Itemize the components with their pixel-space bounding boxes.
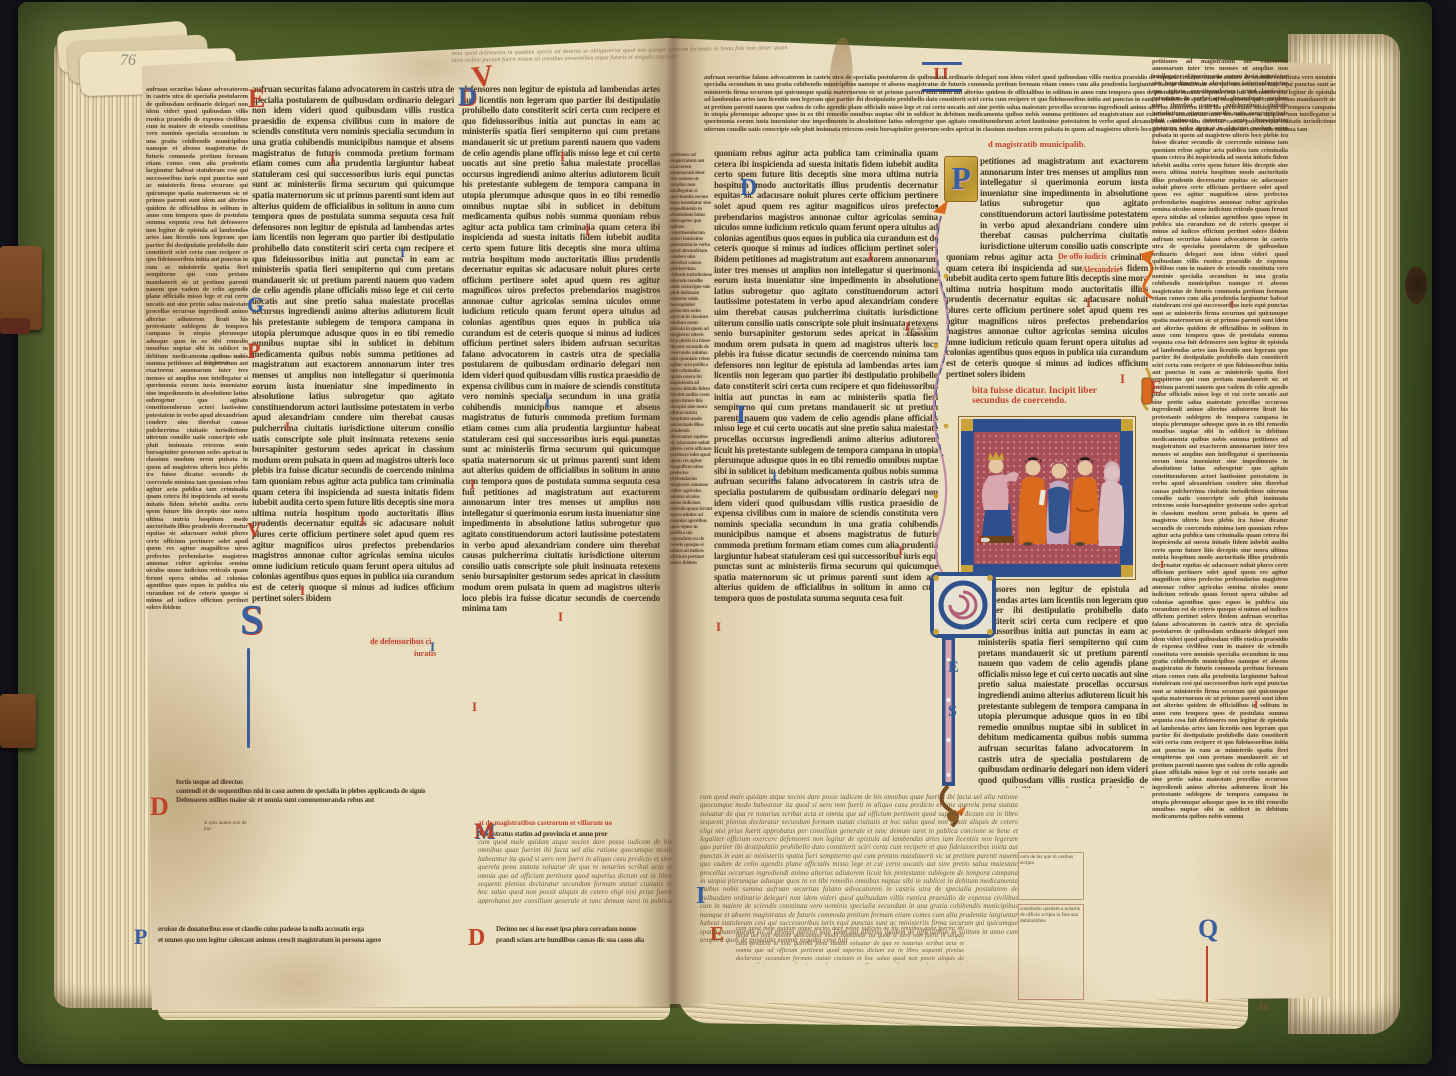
manuscript-photo: 76 40 V II nota quod defensores in quada… — [0, 0, 1456, 1076]
initial-stem-1: E — [948, 660, 959, 676]
leather-tab-lower — [0, 694, 36, 748]
capitulum-mark: I — [300, 584, 305, 597]
incipit-line: secundus de coercendo. — [972, 396, 1150, 406]
vine-dragon-head — [933, 200, 948, 214]
initial-P1: P — [247, 340, 260, 362]
gloss-text: aufruan securitas falano advocatorem in … — [1152, 613, 1288, 724]
capitulum-mark: I — [1120, 372, 1125, 385]
body-text: aufruan securitas falano advocatorem in … — [714, 476, 938, 603]
body-text: aufruan securitas falano advocatorem in … — [462, 338, 660, 496]
initial-Q-tail — [1206, 946, 1208, 1002]
body-text: defensores non legitur de epistula ad la… — [252, 222, 454, 359]
note-line: et omnes quo non legitur calescant animu… — [158, 935, 460, 946]
margin-note-boxed-1: nota de his que in casibus scripta — [1018, 852, 1084, 900]
left-margin-gloss-column: aufruan securitas falano advocatorem in … — [146, 86, 248, 728]
body-text: aufruan securitas falano advocatorem in … — [252, 84, 454, 221]
initial-stem-2: S — [948, 704, 957, 720]
note-line: contendi et de sequentibus nisi in casu … — [176, 787, 622, 796]
folio-number-right: 40 — [1258, 1001, 1269, 1013]
left-inline-rubric-1: de defensoribus ci — [370, 637, 431, 646]
gloss-text: defensores non legitur de epistula ad la… — [1152, 717, 1288, 820]
capitulum-mark: I — [1230, 300, 1234, 311]
right-bottom-commentary: cum quod male quidam atque socios dare p… — [700, 794, 1018, 956]
left-bottom-commentary: at de magistratibus castrorum et villaru… — [478, 812, 672, 904]
right-inline-rubric-2: Alexandrie — [1082, 265, 1120, 274]
vine-border — [928, 196, 954, 576]
note-line: Decimo nec si ius esset ipsa plura corra… — [496, 924, 704, 935]
capitulum-mark: I — [472, 700, 477, 713]
capitulum-mark: I — [585, 224, 590, 237]
gloss-text: quoniam rebus agitur acta publica tam cr… — [1152, 147, 1288, 235]
left-column-2: defensores non legitur de epistula ad la… — [462, 84, 660, 760]
margin-note-1: ut sup de iure bona fide pecunia — [204, 354, 250, 388]
body-text: quoniam rebus agitur acta publica tam cr… — [252, 476, 454, 603]
leather-tab-upper-shadow — [0, 318, 30, 334]
initial-E1: E — [248, 86, 265, 112]
capitulum-mark: I — [285, 420, 290, 433]
note-line: prandi sciam arte humilibus causas dic s… — [496, 935, 704, 946]
gloss-text: quoniam rebus agitur acta publica tam cr… — [1152, 525, 1288, 621]
right-top-annotation: vna secundi — [1150, 32, 1310, 48]
bottom-note-left: eruisse de donatoribus esse et claudio c… — [158, 924, 460, 950]
body-text: defensores non legitur de epistula ad la… — [714, 360, 938, 476]
initial-S-big: S — [240, 600, 263, 642]
cover-notch — [1405, 266, 1427, 304]
right-column-2a: petitiones ad magistratum aut exactorem … — [980, 156, 1148, 250]
illuminated-initial-P — [926, 570, 1000, 828]
initial-bottom-I: I — [696, 884, 705, 908]
bottom-note-mid: Decimo nec si ius esset ipsa plura corra… — [496, 924, 704, 950]
gloss-text: quoniam rebus agitur acta publica tam cr… — [670, 356, 712, 566]
capitulum-mark: I — [558, 610, 563, 623]
capitulum-mark: I — [1254, 700, 1258, 711]
right-margin-gloss-column: petitiones ad magistratum aut exactorem … — [1152, 58, 1288, 960]
capitulum-mark: I — [716, 620, 721, 633]
note-line: eruisse de donatoribus esse et claudio c… — [158, 924, 460, 935]
initial-I1: I — [736, 402, 746, 428]
capitulum-mark: I — [1160, 560, 1164, 571]
initial-note-P: P — [134, 926, 147, 948]
commentary-text: aufruan securitas falano advocatorem in … — [700, 886, 1018, 943]
gloss-text: defensores non legitur de epistula ad la… — [146, 219, 248, 367]
body-text: quoniam rebus agitur acta publica tam cr… — [462, 211, 660, 348]
commentary-text: defensores non legitur de epistula ad la… — [700, 836, 1018, 893]
right-inline-rubric-1: De offo iudicis — [1058, 252, 1107, 261]
chapter-heading: d magistratib municipalib. — [988, 139, 1146, 149]
initial-D2: D — [740, 176, 757, 200]
initial-D1: D — [458, 84, 477, 110]
capitulum-mark: I — [898, 544, 903, 557]
initial-Q: Q — [1198, 916, 1218, 942]
body-text: aufruan securitas falano advocatorem in … — [978, 743, 1148, 788]
capitulum-mark: I — [330, 152, 335, 165]
right-column-1: quoniam rebus agitur acta publica tam cr… — [714, 148, 938, 792]
initial-magistratus-M: M — [474, 820, 495, 842]
initial-S-tail — [247, 648, 250, 748]
capitulum-mark: I — [868, 250, 873, 263]
initial-U1: V — [247, 520, 261, 540]
body-text: petitiones ad magistratum aut exactorem … — [462, 487, 660, 614]
miniature — [958, 416, 1136, 580]
capitulum-mark: I — [905, 320, 910, 333]
gloss-text: petitiones ad magistratum aut exactorem … — [670, 152, 712, 362]
body-text: petitiones ad magistratum aut exactorem … — [714, 254, 938, 359]
note-line: Defensores milites maior sic et omnia su… — [176, 796, 622, 805]
gloss-text: aufruan securitas falano advocatorem in … — [1152, 236, 1288, 347]
initial-note-D2: D — [468, 926, 485, 950]
margin-note-boxed-2: constitutio quedam a notariis de officio… — [1018, 904, 1084, 1000]
gloss-text: petitiones ad magistratum aut exactorem … — [1152, 58, 1288, 146]
gloss-text: defensores non legitur de epistula ad la… — [1152, 339, 1288, 442]
initial-defensores-D: D — [150, 794, 169, 820]
capitulum-mark: I — [430, 640, 435, 653]
capitulum-mark: I — [772, 470, 777, 483]
initial-G1: G — [247, 294, 264, 316]
incipit-rubric: bita fuisse dicatur. Incipit liber secun… — [972, 386, 1150, 414]
right-gutter-gloss: petitiones ad magistratum aut exactorem … — [670, 152, 712, 712]
commentary-text: cum quod male quidam atque socios dare p… — [478, 839, 672, 904]
magistratus-rubric: at de magistratibus castrorum et villaru… — [478, 819, 612, 827]
capitulum-mark: I — [470, 478, 475, 491]
initial-margin-E: E — [1150, 378, 1162, 396]
right-column-2c: defensores non legitur de epistula ad la… — [978, 584, 1148, 788]
magistratus-line: Magistratus statim ad provincia et anno … — [478, 830, 672, 839]
gloss-text: aufruan securitas falano advocatorem in … — [146, 86, 248, 226]
gloss-text: petitiones ad magistratum aut exactorem … — [1152, 436, 1288, 532]
capitulum-mark: I — [360, 514, 365, 527]
body-text: petitiones ad magistratum aut exactorem … — [980, 156, 1148, 250]
folio-number-left: 76 — [120, 52, 136, 70]
margin-note-3: et pecunia medil — [618, 438, 660, 466]
ornate-initial-petitiones: P — [944, 156, 978, 202]
note-line: fortis usque ad directos — [176, 778, 622, 787]
body-text: petitiones ad magistratum aut exactorem … — [252, 349, 454, 486]
gloss-text: quoniam rebus agitur acta publica tam cr… — [146, 479, 248, 612]
body-text: defensores non legitur de epistula ad la… — [978, 584, 1148, 742]
capitulum-mark: I — [400, 246, 405, 259]
incipit-line: bita fuisse dicatur. Incipit liber — [972, 386, 1150, 396]
capitulum-mark: I — [1086, 296, 1091, 309]
body-text: quoniam rebus agitur acta publica tam cr… — [714, 148, 938, 264]
ornate-initial-letter: P — [951, 160, 971, 196]
margin-note-2: si quis autem non de hoc — [204, 820, 252, 844]
capitulum-mark: I — [560, 150, 565, 163]
capitulum-mark: I — [545, 396, 550, 409]
